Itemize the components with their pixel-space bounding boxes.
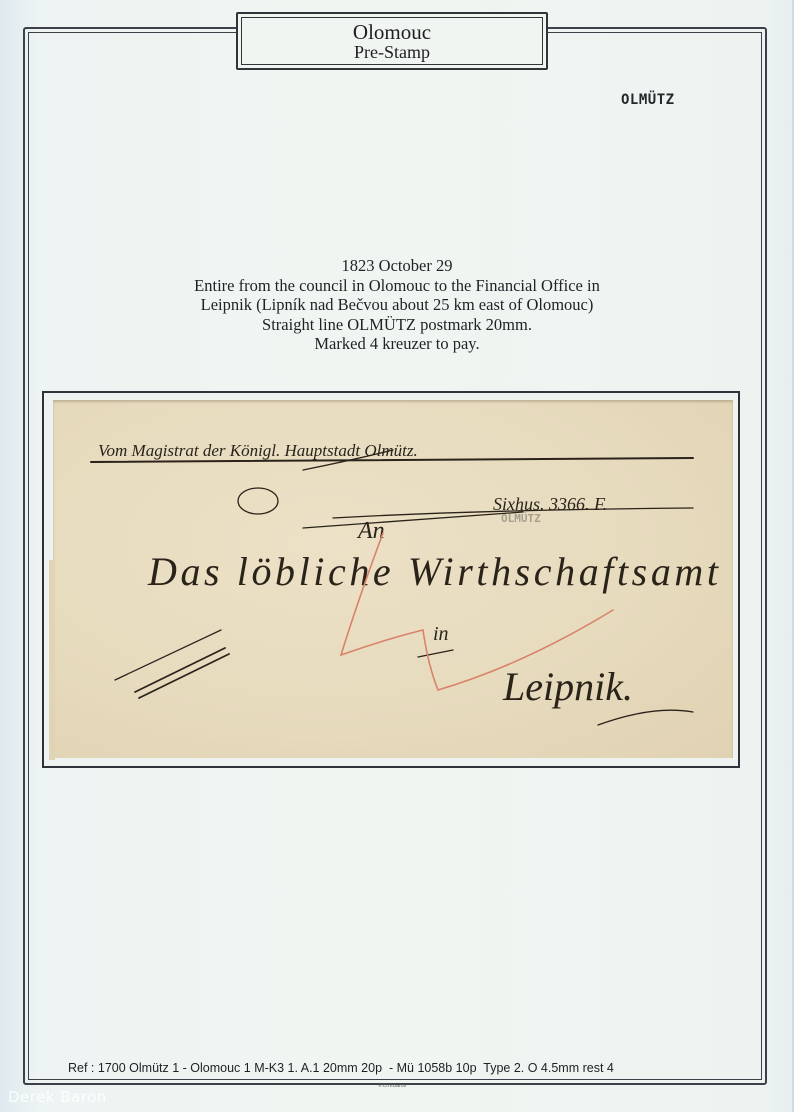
addressee-text: Das löbliche Wirthschaftsamt <box>147 549 719 594</box>
description-date: 1823 October 29 <box>100 256 694 276</box>
postmark-text: OLMÜTZ <box>501 511 541 525</box>
postmark-illustration: OLMÜTZ <box>621 92 675 108</box>
catalogue-reference: Ref : 1700 Olmütz 1 - Olomouc 1 M-K3 1. … <box>68 1061 614 1075</box>
page-subtitle: Pre-Stamp <box>238 43 546 62</box>
description-line: Straight line OLMÜTZ postmark 20mm. <box>100 315 694 335</box>
page-title-box: Olomouc Pre-Stamp <box>236 12 548 70</box>
description-line: Leipnik (Lipník nad Bečvou about 25 km e… <box>100 295 694 315</box>
description-line: Marked 4 kreuzer to pay. <box>100 334 694 354</box>
letter-mount: Vom Magistrat der Königl. Hauptstadt Olm… <box>42 391 740 768</box>
page-title: Olomouc <box>238 21 546 43</box>
watermark: Derek Baron <box>8 1088 107 1106</box>
item-description: 1823 October 29 Entire from the council … <box>100 256 694 354</box>
copyright-note: © D.N.Baron <box>378 1083 406 1089</box>
preposition-text: in <box>433 623 449 645</box>
sender-line-text: Vom Magistrat der Königl. Hauptstadt Olm… <box>98 441 418 460</box>
description-line: Entire from the council in Olomouc to th… <box>100 276 694 296</box>
destination-text: Leipnik. <box>502 664 633 709</box>
letter-entire-image: Vom Magistrat der Königl. Hauptstadt Olm… <box>53 400 733 758</box>
handwriting-illustration: Vom Magistrat der Königl. Hauptstadt Olm… <box>53 400 733 758</box>
